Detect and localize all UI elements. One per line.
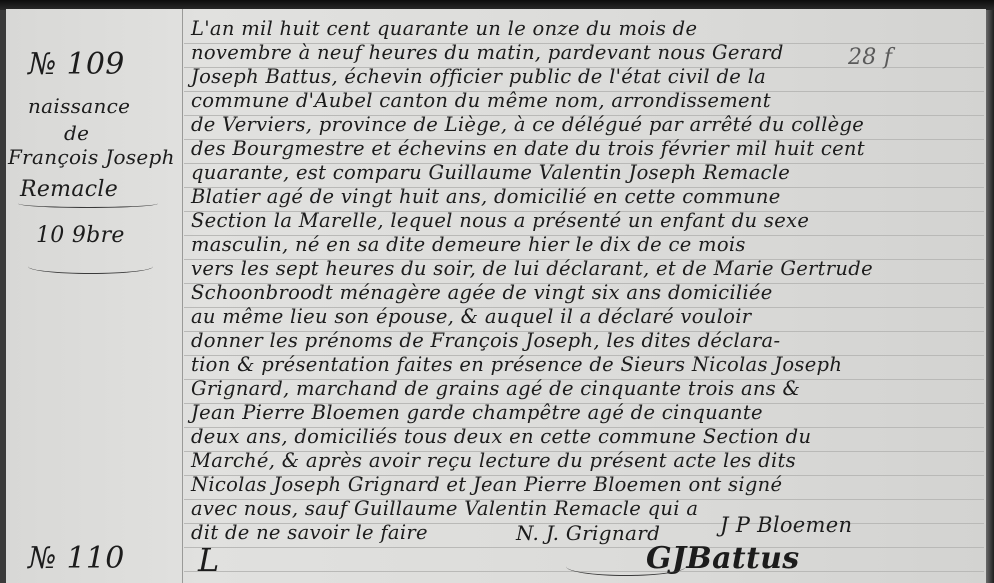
record-line: dit de ne savoir le faire: [191, 521, 428, 544]
register-page: № 109 naissance de François Joseph Remac…: [6, 9, 986, 583]
margin-title-de: de: [64, 121, 89, 145]
record-line: L'an mil huit cent quarante un le onze d…: [191, 17, 697, 40]
record-line: avec nous, sauf Guillaume Valentin Remac…: [191, 497, 698, 520]
record-line: au même lieu son épouse, & auquel il a d…: [191, 305, 751, 328]
margin-title-naissance: naissance: [28, 94, 130, 118]
margin-flourish: [28, 259, 153, 274]
margin-flourish: [18, 199, 158, 208]
signature-flourish: [566, 557, 686, 576]
record-line: de Verviers, province de Liège, à ce dél…: [191, 113, 864, 136]
signature-bloemen: J P Bloemen: [720, 513, 852, 537]
margin-birth-date: 10 9bre: [36, 223, 125, 248]
record-line: quarante, est comparu Guillaume Valentin…: [191, 161, 790, 184]
margin-rule: [182, 9, 183, 583]
record-line: Section la Marelle, lequel nous a présen…: [191, 209, 809, 232]
record-line: des Bourgmestre et échevins en date du t…: [191, 137, 865, 160]
record-line: Blatier agé de vingt huit ans, domicilié…: [191, 185, 781, 208]
margin-child-given-names: François Joseph: [8, 145, 175, 169]
corner-annotation: 28 f: [848, 45, 892, 70]
record-line: novembre à neuf heures du matin, pardeva…: [191, 41, 784, 64]
record-line: donner les prénoms de François Joseph, l…: [191, 329, 780, 352]
entry-number-110: № 110: [28, 541, 125, 576]
scan-right-border: [986, 10, 994, 583]
record-line: Nicolas Joseph Grignard et Jean Pierre B…: [191, 473, 782, 496]
record-line: Grignard, marchand de grains agé de cinq…: [191, 377, 800, 400]
entry-110-first-letter: L: [198, 541, 220, 579]
record-line: vers les sept heures du soir, de lui déc…: [191, 257, 873, 280]
record-line: tion & présentation faites en présence d…: [191, 353, 842, 376]
record-line: deux ans, domiciliés tous deux en cette …: [191, 425, 811, 448]
signature-grignard: N. J. Grignard: [516, 521, 660, 545]
record-line: Marché, & après avoir reçu lecture du pr…: [191, 449, 796, 472]
record-line: Schoonbroodt ménagère agée de vingt six …: [191, 281, 773, 304]
record-line: commune d'Aubel canton du même nom, arro…: [191, 89, 771, 112]
ruled-line: [184, 547, 984, 548]
record-line: Joseph Battus, échevin officier public d…: [191, 65, 766, 88]
entry-number-109: № 109: [28, 47, 125, 82]
record-line: masculin, né en sa dite demeure hier le …: [191, 233, 746, 256]
record-line: Jean Pierre Bloemen garde champêtre agé …: [191, 401, 763, 424]
